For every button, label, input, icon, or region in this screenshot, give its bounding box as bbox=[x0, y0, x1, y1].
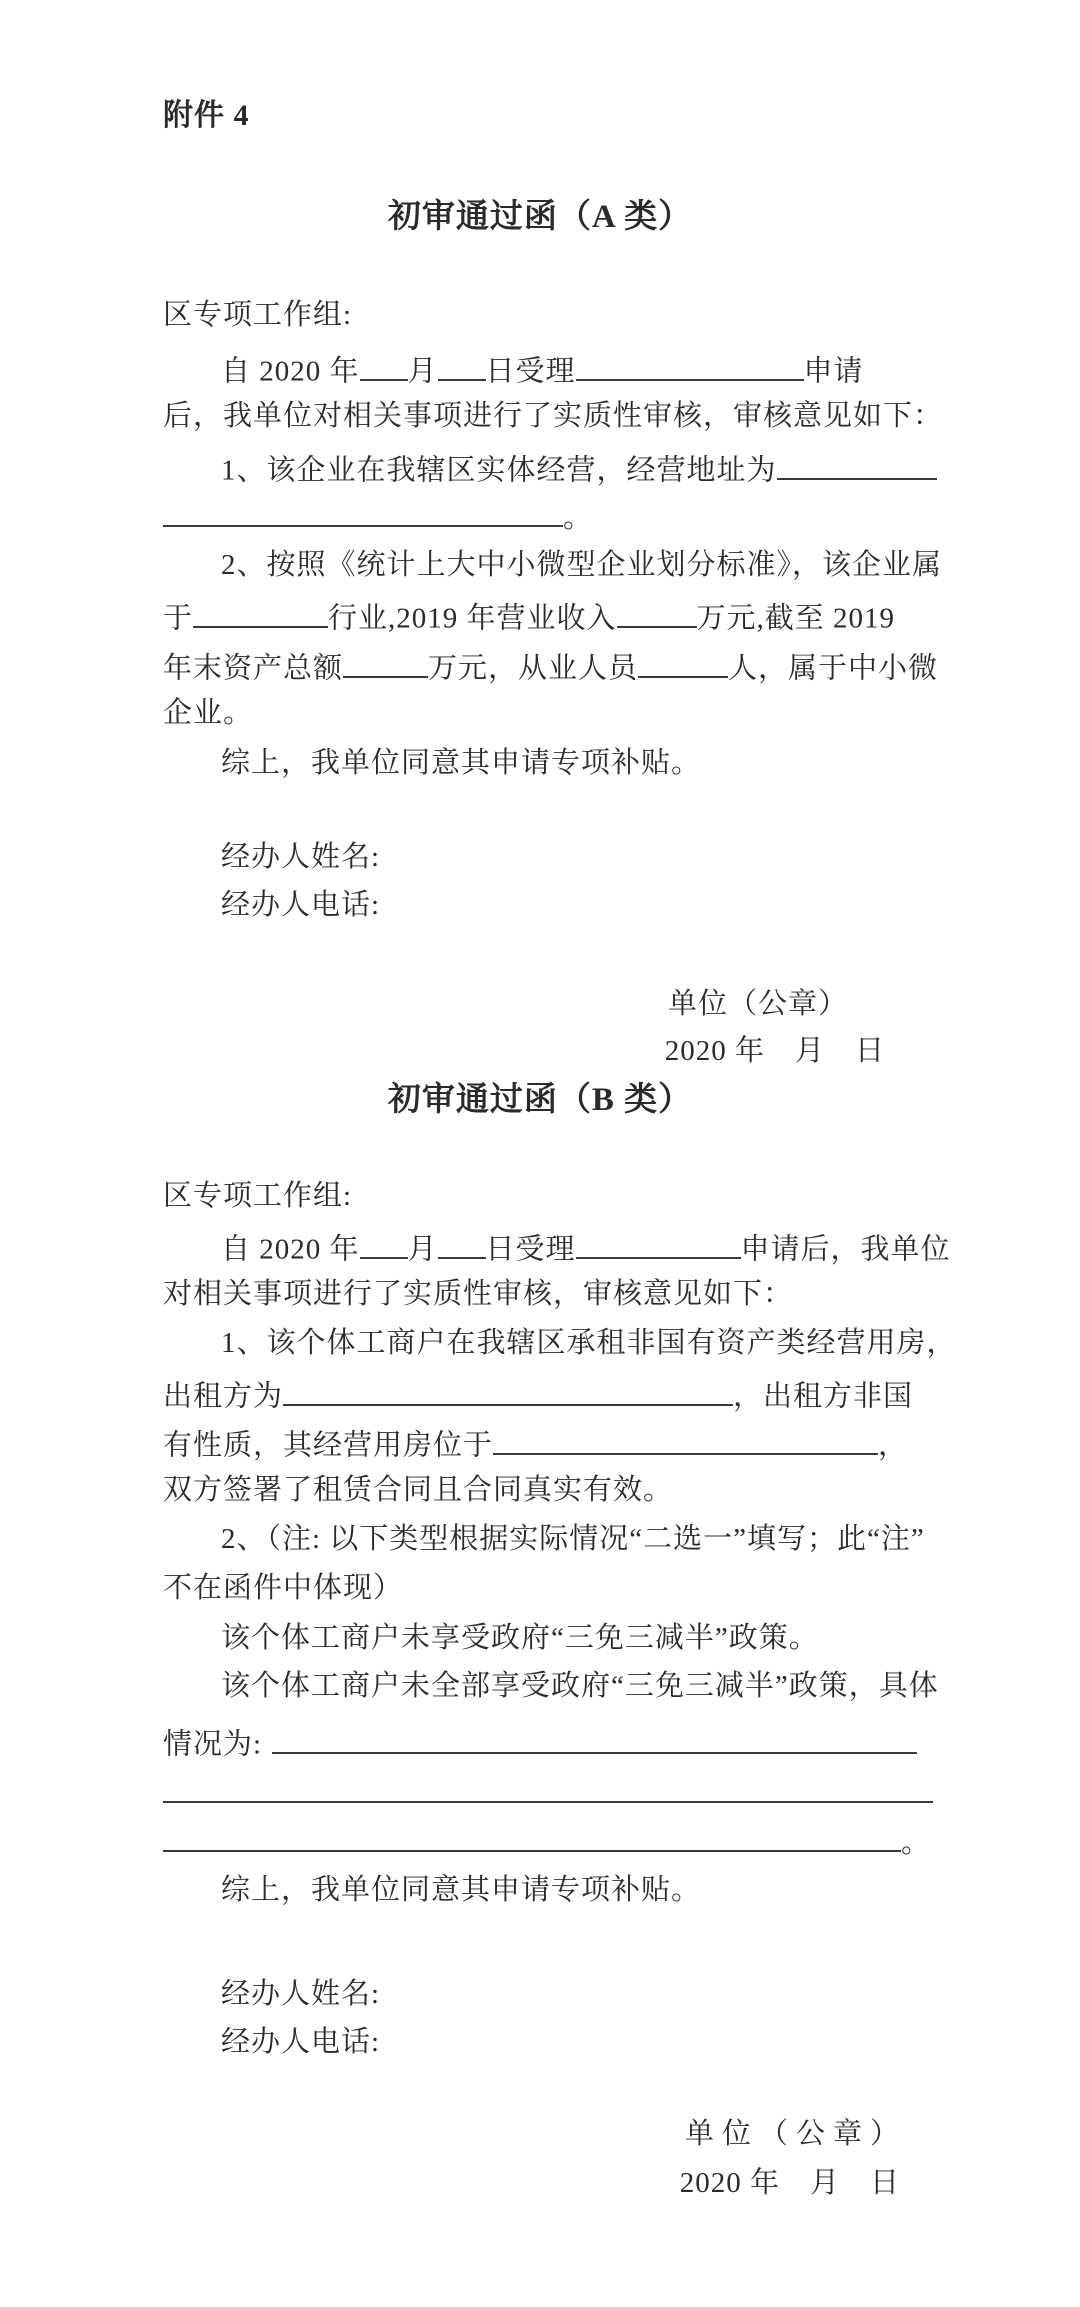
b-month-blank bbox=[360, 1227, 408, 1259]
a-address-blank-2 bbox=[163, 500, 563, 527]
a-accept-label: 日受理 bbox=[486, 356, 576, 388]
a-item1-period: 。 bbox=[563, 502, 593, 534]
a-revenue-blank bbox=[617, 596, 697, 628]
a-agent-phone-label: 经办人电话: bbox=[163, 887, 915, 923]
a-acceptance-date-line: 自 2020 年月日受理申请 bbox=[163, 349, 915, 390]
a-revenue-label: 行业,2019 年营业收入 bbox=[328, 603, 617, 635]
a-salutation: 区专项工作组: bbox=[163, 297, 915, 333]
b-details-blank-1 bbox=[272, 1722, 917, 1754]
a-address-blank-1 bbox=[777, 448, 937, 480]
a-assets-label: 年末资产总额 bbox=[163, 653, 343, 685]
b-salutation: 区专项工作组: bbox=[163, 1178, 915, 1214]
a-month-blank bbox=[360, 349, 408, 381]
b-lessor-label: 出租方为 bbox=[163, 1381, 283, 1413]
b-agent-phone-label: 经办人电话: bbox=[163, 2024, 915, 2060]
a-industry-blank bbox=[193, 596, 328, 628]
b-unit-seal: 单位（公章） bbox=[163, 2116, 915, 2152]
b-conclusion: 综上，我单位同意其申请专项补贴。 bbox=[163, 1872, 915, 1908]
a-item1-line1: 1、该企业在我辖区实体经营，经营地址为 bbox=[163, 448, 915, 489]
b-option2-line3 bbox=[163, 1776, 915, 1812]
b-item1-line3: 有性质，其经营用房位于， bbox=[163, 1423, 915, 1464]
b-note-line1: 2、（注: 以下类型根据实际情况“二选一”填写；此“注” bbox=[163, 1521, 915, 1557]
a-category-label: 人，属于中小微 bbox=[728, 653, 938, 685]
b-item1-line2: 出租方为，出租方非国 bbox=[163, 1374, 915, 1415]
b-option2-line2: 情况为: bbox=[163, 1722, 915, 1763]
b-premises-blank bbox=[493, 1423, 878, 1455]
a-apply-label: 申请 bbox=[804, 356, 864, 388]
a-date-prefix: 自 2020 年 bbox=[221, 356, 360, 388]
b-item1-line1: 1、该个体工商户在我辖区承租非国有资产类经营用房， bbox=[163, 1325, 915, 1361]
b-option2-line1: 该个体工商户未全部享受政府“三免三减半”政策，具体 bbox=[163, 1668, 915, 1704]
b-premises-label: 有性质，其经营用房位于 bbox=[163, 1430, 493, 1462]
b-option1: 该个体工商户未享受政府“三免三减半”政策。 bbox=[163, 1620, 915, 1656]
a-employees-blank bbox=[638, 646, 728, 678]
b-date-signature: 2020 年 月 日 bbox=[163, 2165, 915, 2201]
b-premises-comma: ， bbox=[878, 1430, 908, 1462]
b-day-blank bbox=[438, 1227, 486, 1259]
b-applicant-blank bbox=[576, 1227, 741, 1259]
a-review-statement: 后，我单位对相关事项进行了实质性审核，审核意见如下： bbox=[163, 398, 915, 434]
a-item2-line1: 2、按照《统计上大中小微型企业划分标准》，该企业属 bbox=[163, 547, 915, 583]
a-industry-prefix: 于 bbox=[163, 603, 193, 635]
document-page: 附件 4 初审通过函（A 类） 区专项工作组: 自 2020 年月日受理申请 后… bbox=[0, 0, 1080, 2307]
a-day-blank bbox=[438, 349, 486, 381]
a-item2-line3: 年末资产总额万元，从业人员人，属于中小微 bbox=[163, 646, 915, 687]
b-apply-label: 申请后，我单位 bbox=[741, 1234, 951, 1266]
attachment-label: 附件 4 bbox=[163, 98, 915, 134]
a-date-signature: 2020 年 月 日 bbox=[163, 1033, 915, 1069]
b-details-label: 情况为: bbox=[163, 1729, 262, 1761]
b-note-line2: 不在函件中体现） bbox=[163, 1570, 915, 1606]
b-accept-label: 日受理 bbox=[486, 1234, 576, 1266]
section-b-title: 初审通过函（B 类） bbox=[0, 1080, 1080, 1120]
b-acceptance-date-line: 自 2020 年月日受理申请后，我单位 bbox=[163, 1227, 915, 1268]
a-item1-line2: 。 bbox=[163, 500, 915, 536]
a-month-label: 月 bbox=[408, 356, 438, 388]
b-lessor-suffix: ，出租方非国 bbox=[733, 1381, 913, 1413]
a-employees-label: 万元，从业人员 bbox=[428, 653, 638, 685]
a-asof-label: 万元,截至 2019 bbox=[697, 603, 896, 635]
a-assets-blank bbox=[343, 646, 428, 678]
b-lessor-blank bbox=[283, 1374, 733, 1406]
b-details-period: 。 bbox=[901, 1827, 931, 1859]
a-unit-seal: 单位（公章） bbox=[163, 986, 915, 1022]
a-conclusion: 综上，我单位同意其申请专项补贴。 bbox=[163, 745, 915, 781]
b-item1-line4: 双方签署了租赁合同且合同真实有效。 bbox=[163, 1472, 915, 1508]
a-item2-line2: 于行业,2019 年营业收入万元,截至 2019 bbox=[163, 596, 915, 637]
b-agent-name-label: 经办人姓名: bbox=[163, 1976, 915, 2012]
a-agent-name-label: 经办人姓名: bbox=[163, 839, 915, 875]
b-option2-line4: 。 bbox=[163, 1825, 915, 1861]
b-month-label: 月 bbox=[408, 1234, 438, 1266]
a-applicant-blank bbox=[576, 349, 804, 381]
a-item1-text: 1、该企业在我辖区实体经营，经营地址为 bbox=[221, 455, 777, 487]
b-details-blank-3 bbox=[163, 1825, 901, 1852]
section-a-title: 初审通过函（A 类） bbox=[0, 197, 1080, 237]
b-review-statement: 对相关事项进行了实质性审核，审核意见如下： bbox=[163, 1276, 915, 1312]
b-details-blank-2 bbox=[163, 1776, 933, 1803]
b-date-prefix: 自 2020 年 bbox=[221, 1234, 360, 1266]
a-item2-line4: 企业。 bbox=[163, 695, 915, 731]
